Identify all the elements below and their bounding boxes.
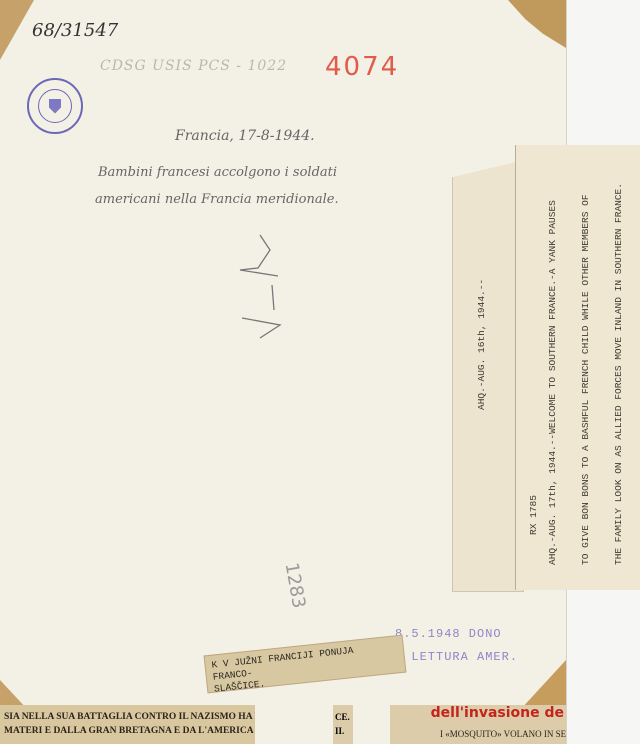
handwritten-caption-date: Francia, 17-8-1944.: [175, 128, 315, 144]
pencil-reference: CDSG USIS PCS - 1022: [100, 58, 287, 74]
clipping-line: CE.: [335, 710, 351, 724]
typed-label-back-text: AHQ.-AUG. 16th, 1944.--: [476, 180, 487, 410]
stamp-inner-ring: [38, 89, 72, 123]
circular-stamp: [27, 78, 83, 134]
newspaper-clipping-middle: CE. II.: [333, 705, 353, 744]
purple-stamp-line: A LETTURA AMER.: [395, 650, 518, 664]
typed-line: TO GIVE BON BONS TO A BASHFUL FRENCH CHI…: [580, 165, 591, 565]
clipping-headline: dell'invasione de: [431, 705, 564, 721]
inventory-number: 68/31547: [32, 20, 118, 41]
clipping-line: MATERI E DALLA GRAN BRETAGNA E DA L'AMER…: [4, 724, 251, 738]
typed-line: AHQ.-AUG. 17th, 1944.--WELCOME TO SOUTHE…: [547, 165, 558, 565]
typed-label-code: RX 1785: [528, 485, 539, 535]
newspaper-clipping-left: SIA NELLA SUA BATTAGLIA CONTRO IL NAZISM…: [0, 705, 255, 744]
clipping-body: I «MOSQUITO» VOLANO IN SECON: [440, 729, 566, 739]
clipping-line: SIA NELLA SUA BATTAGLIA CONTRO IL NAZISM…: [4, 710, 251, 724]
clipping-line: II.: [335, 724, 351, 738]
typed-line: THE FAMILY LOOK ON AS ALLIED FORCES MOVE…: [613, 165, 624, 565]
pencil-signature-icon: [230, 230, 300, 340]
typed-label-back-flap: [452, 160, 524, 592]
typed-label-front-text: AHQ.-AUG. 17th, 1944.--WELCOME TO SOUTHE…: [525, 165, 640, 565]
slovene-caption-strip: K V JUŽNI FRANCIJI PONUJA FRANCO- SLAŠČI…: [204, 635, 407, 694]
coat-of-arms-icon: [49, 99, 61, 114]
corner-tape-top-left: [0, 0, 34, 60]
corner-tape-top-right: [508, 0, 566, 48]
purple-stamp-line: 8.5.1948 DONO: [395, 627, 502, 641]
handwritten-caption-line: americani nella Francia meridionale.: [95, 192, 339, 207]
corner-tape-bottom-right: [520, 660, 566, 710]
pencil-number: 1283: [281, 561, 310, 610]
newspaper-clipping-right: dell'invasione de I «MOSQUITO» VOLANO IN…: [390, 705, 566, 744]
red-number: 4074: [325, 52, 399, 82]
handwritten-caption-line: Bambini francesi accolgono i soldati: [98, 165, 337, 180]
